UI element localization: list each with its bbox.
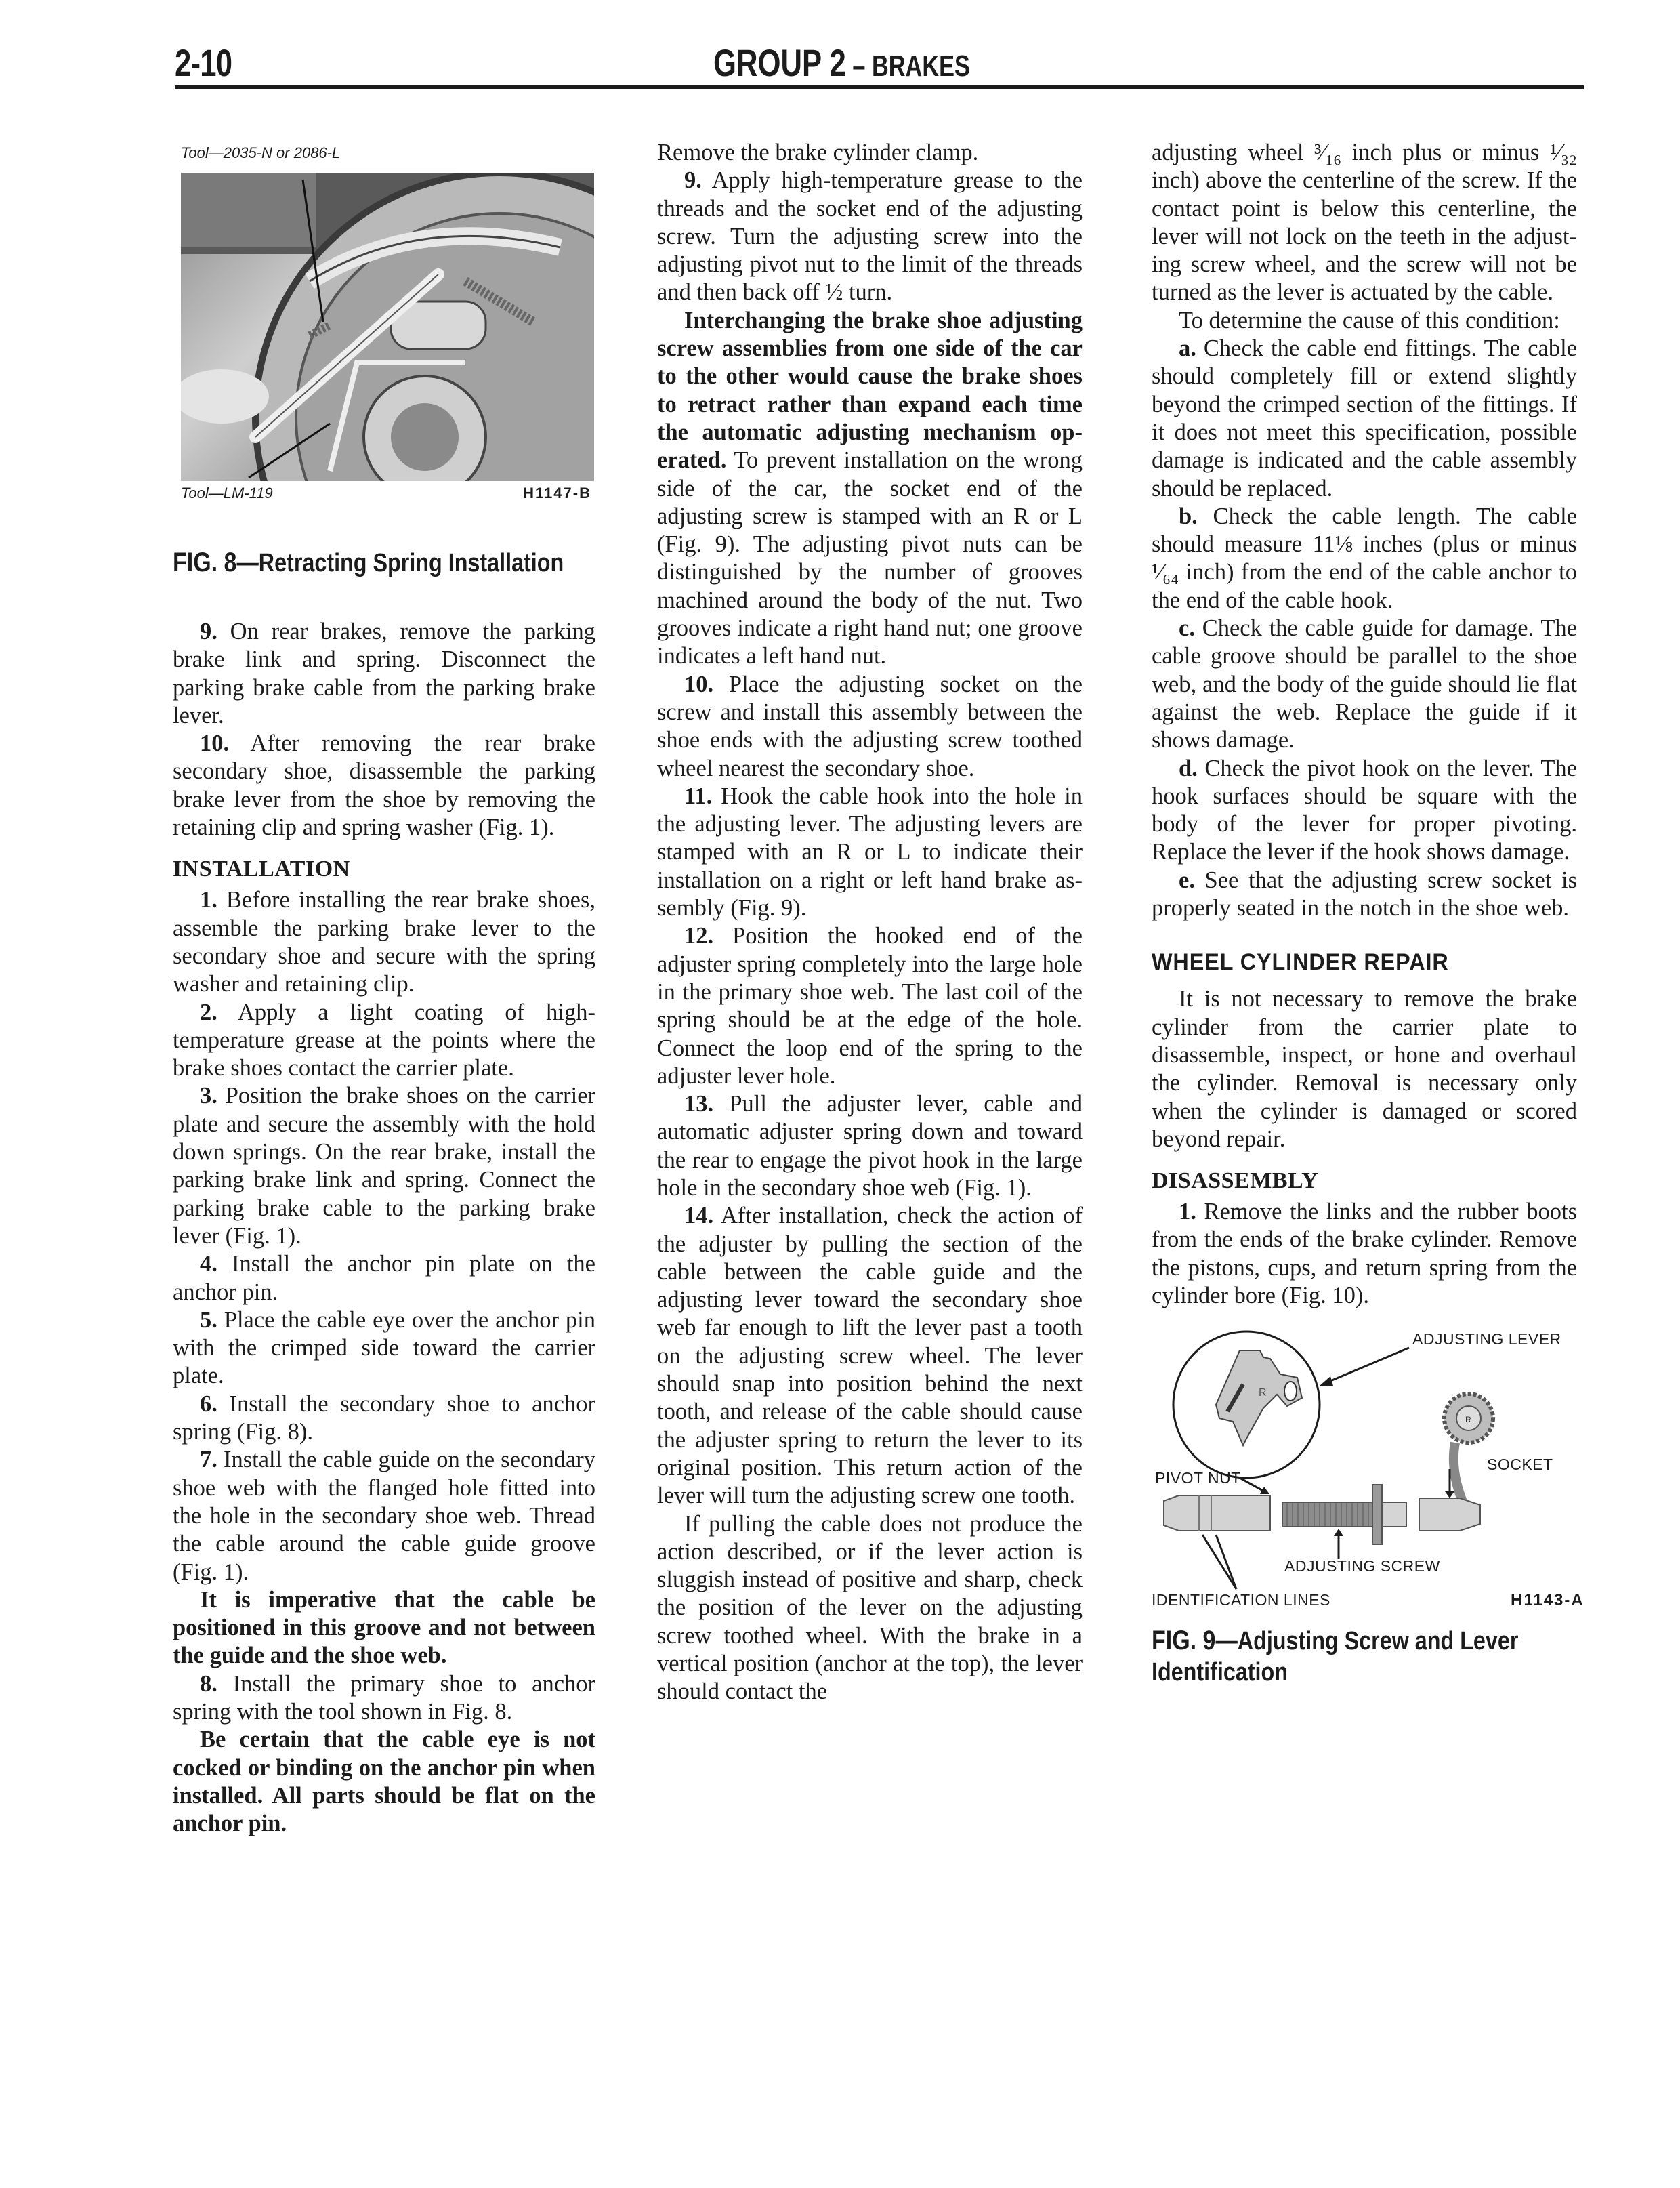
figure-9-caption: FIG. 9—Adjusting Screw and Lever Identif… — [1152, 1625, 1587, 1688]
installation-heading: INSTALLATION — [173, 856, 595, 882]
figure-8-tool-top-label: Tool—2035-N or 2086-L — [181, 144, 340, 162]
middle-column: Remove the brake cylinder clamp. 9. Appl… — [657, 139, 1083, 1706]
install-step-8: 8. Install the primary shoe to an­chor s… — [173, 1670, 595, 1727]
interchange-warning: Interchanging the brake shoe ad­justing … — [657, 307, 1083, 671]
install-step-6: 6. Install the secondary shoe to anchor … — [173, 1390, 595, 1447]
figure-9-caption-number: FIG. 9 — [1152, 1626, 1215, 1655]
brake-assembly-photo-icon — [181, 173, 594, 481]
install-step-5: 5. Place the cable eye over the anchor p… — [173, 1306, 595, 1390]
figure-8-caption-number: FIG. 8 — [173, 548, 236, 577]
figure-9: R R — [1152, 1323, 1585, 1703]
check-b: b. Check the cable length. The cable sho… — [1152, 503, 1577, 615]
removal-step-9: 9. On rear brakes, remove the parking br… — [173, 618, 595, 730]
figure-8-tool-bottom-label: Tool—LM-119 — [181, 484, 273, 502]
figure-9-id: H1143-A — [1511, 1591, 1584, 1610]
figure-8-id: H1147-B — [523, 484, 591, 502]
group-label: GROUP 2 — [713, 41, 846, 84]
cable-eye-warning: Be certain that the cable eye is not coc… — [173, 1726, 595, 1838]
install-step-9: 9. Apply high-temperature grease to the … — [657, 167, 1083, 306]
determine-cause-text: To determine the cause of this condition… — [1152, 307, 1577, 335]
disassembly-heading: DISASSEMBLY — [1152, 1168, 1577, 1194]
running-title: GROUP 2 – BRAKES — [713, 41, 970, 85]
install-step-10: 10. Place the adjusting socket on the sc… — [657, 671, 1083, 783]
section-label: BRAKES — [872, 49, 970, 83]
figure-8: Tool—2035-N or 2086-L — [173, 139, 595, 539]
install-step-11: 11. Hook the cable hook into the hole in… — [657, 783, 1083, 922]
continuation-text: Remove the brake cylinder clamp. — [657, 139, 1083, 167]
check-a: a. Check the cable end fittings. The cab… — [1152, 335, 1577, 503]
check-c: c. Check the cable guide for dam­age. Th… — [1152, 615, 1577, 754]
wheel-cylinder-repair-heading: WHEEL CYLINDER REPAIR — [1152, 949, 1556, 976]
install-step-13: 13. Pull the adjuster lever, cable and a… — [657, 1090, 1083, 1202]
disassembly-step-1: 1. Remove the links and the rub­ber boot… — [1152, 1198, 1577, 1310]
install-step-12: 12. Position the hooked end of the adjus… — [657, 922, 1083, 1090]
title-dash: – — [846, 49, 872, 83]
wheel-cylinder-intro: It is not necessary to remove the brake … — [1152, 985, 1577, 1153]
removal-step-10: 10. After removing the rear brake second… — [173, 730, 595, 842]
right-column: adjusting wheel ³⁄₁₆ inch plus or minus … — [1152, 139, 1577, 1703]
install-step-3: 3. Position the brake shoes on the carri… — [173, 1082, 595, 1250]
left-column: Tool—2035-N or 2086-L — [173, 139, 595, 1838]
page-number: 2-10 — [175, 41, 232, 85]
label-pivot-nut: PIVOT NUT — [1155, 1469, 1241, 1487]
check-d: d. Check the pivot hook on the lever. Th… — [1152, 755, 1577, 867]
label-adjusting-lever: ADJUSTING LEVER — [1412, 1330, 1561, 1348]
figure-8-caption-text: —Retracting Spring Installation — [236, 549, 564, 577]
cable-groove-warning: It is imperative that the cable be posit… — [173, 1586, 595, 1670]
install-step-1: 1. Before installing the rear brake shoe… — [173, 886, 595, 998]
label-adjusting-screw: ADJUSTING SCREW — [1284, 1557, 1440, 1575]
figure-8-photo-brake-assembly — [181, 173, 594, 481]
label-identification-lines: IDENTIFICATION LINES — [1152, 1591, 1330, 1609]
install-step-14: 14. After installation, check the action… — [657, 1202, 1083, 1510]
header-rule — [175, 85, 1584, 89]
label-socket: SOCKET — [1487, 1456, 1553, 1474]
install-step-2: 2. Apply a light coating of high-tempera… — [173, 999, 595, 1083]
wheel-stamp-letter: R — [1465, 1415, 1471, 1424]
check-e: e. See that the adjusting screw socket i… — [1152, 867, 1577, 923]
continuation-text: adjusting wheel ³⁄₁₆ inch plus or minus … — [1152, 139, 1577, 307]
install-step-4: 4. Install the anchor pin plate on the a… — [173, 1250, 595, 1306]
troubleshoot-paragraph: If pulling the cable does not pro­duce t… — [657, 1510, 1083, 1706]
install-step-7: 7. Install the cable guide on the second… — [173, 1446, 595, 1586]
figure-8-caption: FIG. 8—Retracting Spring Installation — [173, 547, 597, 579]
lever-stamp-letter: R — [1259, 1387, 1267, 1399]
